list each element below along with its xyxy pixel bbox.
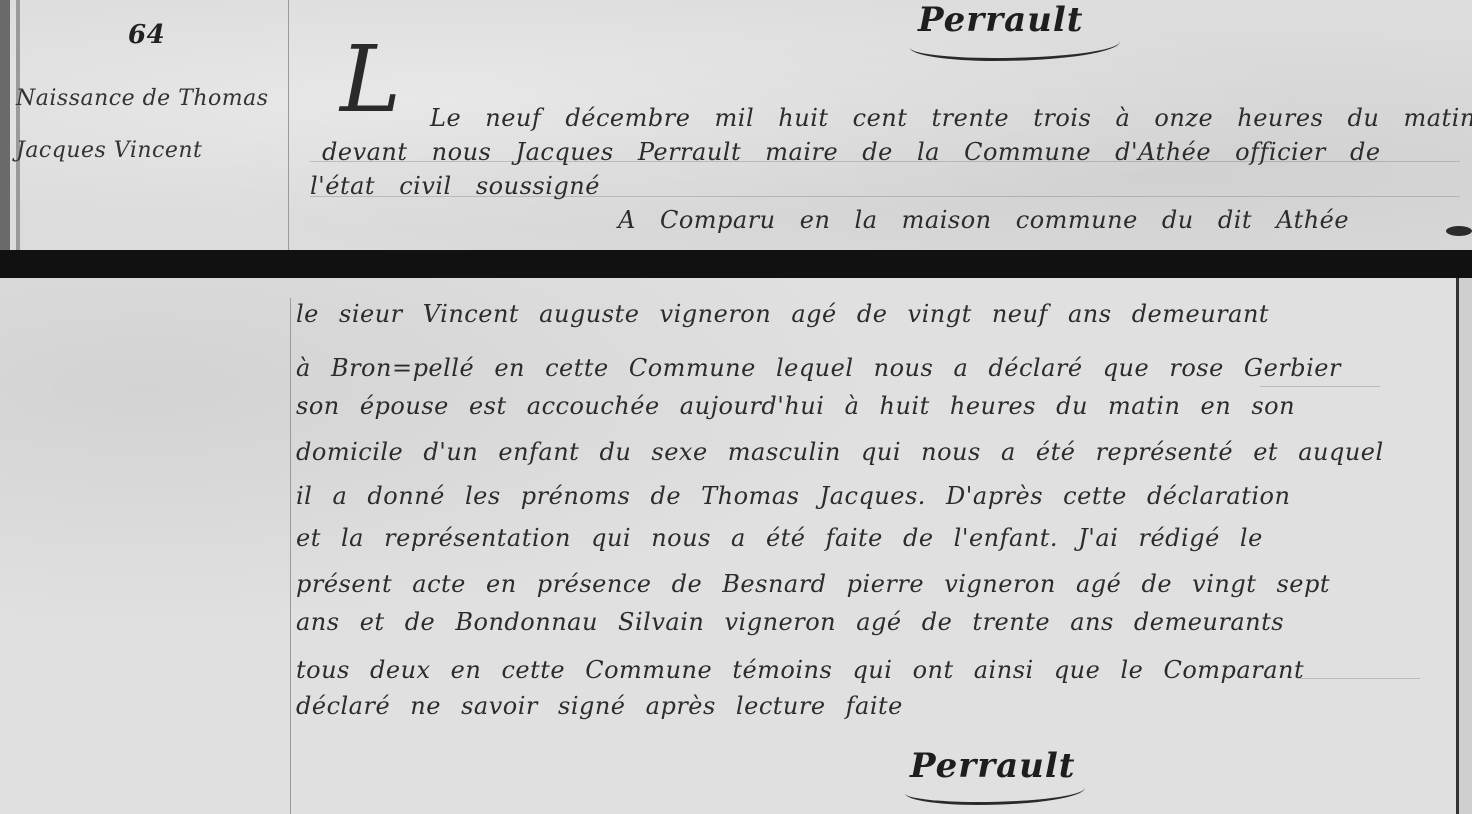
- page-separator-band: [0, 250, 1472, 280]
- register-page-bottom: le sieur Vincent auguste vigneron agé de…: [0, 278, 1456, 814]
- text-line: et la représentation qui nous a été fait…: [296, 524, 1263, 552]
- signature-flourish: [910, 28, 1120, 61]
- text-line: devant nous Jacques Perrault maire de la…: [322, 138, 1381, 166]
- text-line: il a donné les prénoms de Thomas Jacques…: [296, 482, 1290, 510]
- ink-blot: [1446, 226, 1472, 236]
- ruled-line: [1300, 678, 1420, 679]
- text-line: ans et de Bondonnau Silvain vigneron agé…: [296, 608, 1284, 636]
- text-line: son épouse est accouchée aujourd'hui à h…: [296, 392, 1295, 420]
- text-line: déclaré ne savoir signé après lecture fa…: [296, 692, 903, 720]
- signature-flourish: [905, 776, 1085, 805]
- register-page-top: Perrault 64 Naissance de Thomas Jacques …: [0, 0, 1472, 252]
- decorative-initial-l: L: [340, 34, 401, 126]
- ruled-line: [1260, 386, 1380, 387]
- text-line: le sieur Vincent auguste vigneron agé de…: [296, 300, 1269, 328]
- text-line: à Bron=pellé en cette Commune lequel nou…: [296, 354, 1341, 382]
- adjacent-page-edge: [1456, 278, 1472, 814]
- text-line: A Comparu en la maison commune du dit At…: [618, 206, 1349, 234]
- text-line: domicile d'un enfant du sexe masculin qu…: [296, 438, 1384, 466]
- text-line: présent acte en présence de Besnard pier…: [296, 570, 1330, 598]
- text-line: l'état civil soussigné: [310, 172, 600, 200]
- text-line: tous deux en cette Commune témoins qui o…: [296, 656, 1304, 684]
- margin-title-line-2: Jacques Vincent: [16, 138, 202, 163]
- entry-number: 64: [128, 20, 165, 50]
- margin-rule: [288, 0, 289, 250]
- margin-rule: [290, 298, 291, 814]
- text-line: Le neuf décembre mil huit cent trente tr…: [430, 104, 1472, 132]
- margin-title-line-1: Naissance de Thomas: [16, 86, 269, 111]
